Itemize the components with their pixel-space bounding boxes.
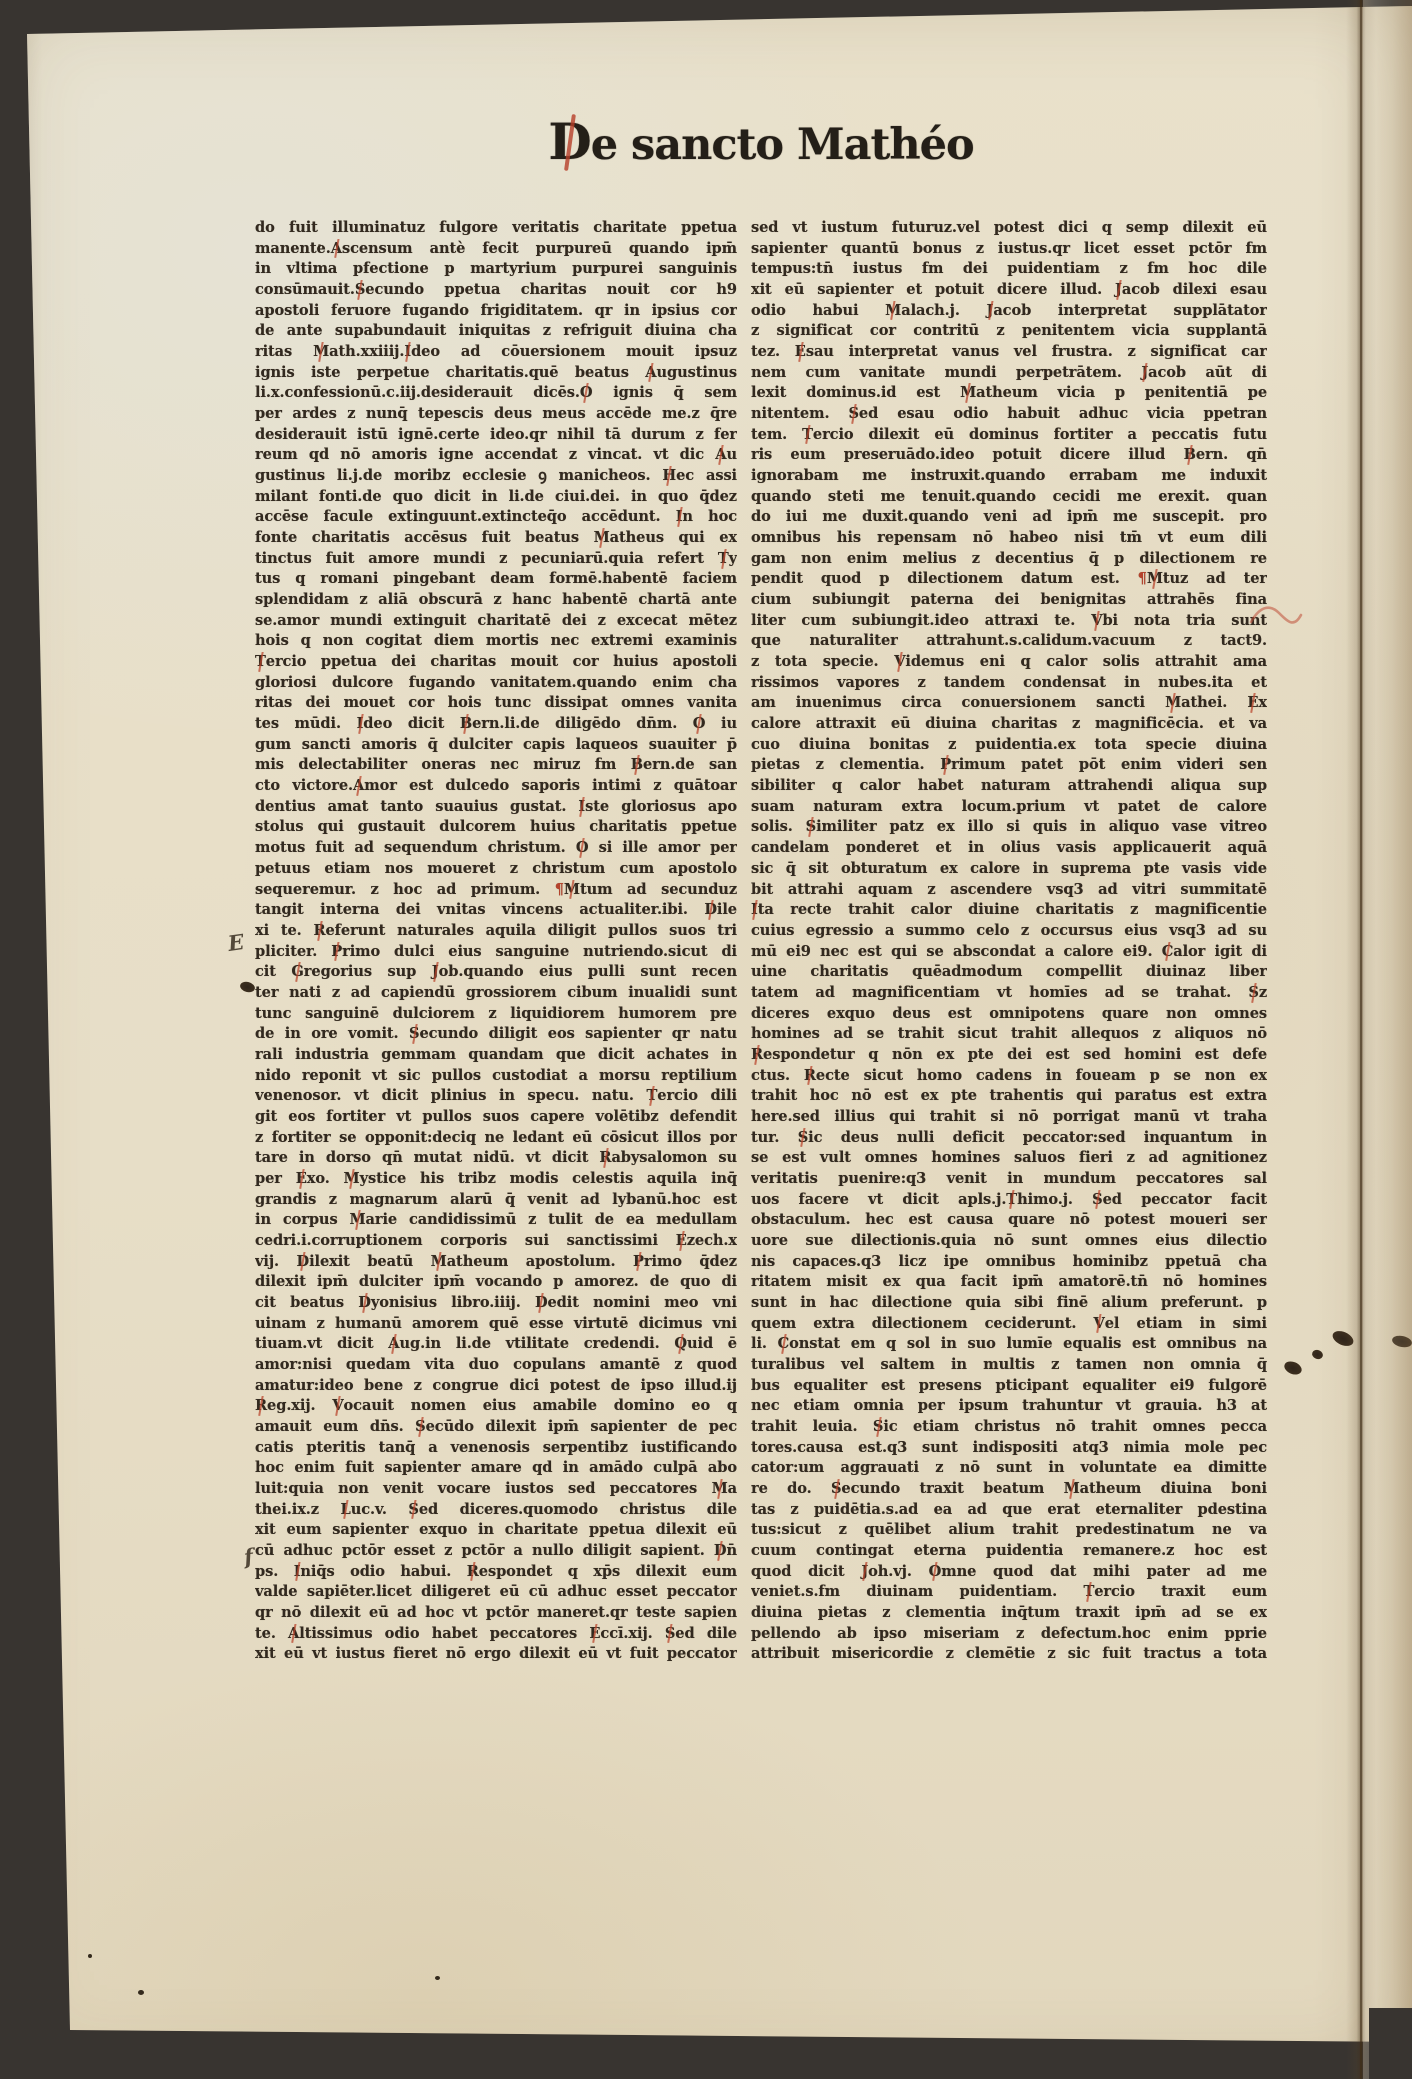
text-line: tur. Sic deus nulli deficit peccator:sed… <box>751 1128 1267 1149</box>
text-line: tatem ad magnificentiam vt homīes ad se … <box>751 983 1267 1004</box>
text-line: accēse facule extinguunt.extincteq̄o acc… <box>255 507 737 528</box>
text-line: amatur:ideo bene z congrue dici potest d… <box>255 1376 737 1397</box>
text-line: de in ore vomit. Secundo diligit eos sap… <box>255 1024 737 1045</box>
text-line: suam naturam extra locum.prium vt patet … <box>751 797 1267 818</box>
text-line: xi te. Referunt naturales aquila diligit… <box>255 921 737 942</box>
text-line: ritas Math.xxiiij.Ideo ad cōuersionem mo… <box>255 342 737 363</box>
text-line: nis capaces.q3 licz ipe omnibus hominibz… <box>751 1252 1267 1273</box>
text-line: lexit dominus.id est Matheum vicia p pen… <box>751 383 1267 404</box>
ink-speck <box>138 1990 144 1995</box>
text-line: Ita recte trahit calor diuine charitatis… <box>751 900 1267 921</box>
text-line: turalibus vel saltem in multis z tamen n… <box>751 1355 1267 1376</box>
text-line: gum sancti amoris q̄ dulciter capis laqu… <box>255 735 737 756</box>
text-line: cuius egressio a summo celo z occursus e… <box>751 921 1267 942</box>
text-line: venenosor. vt dicit plinius in specu. na… <box>255 1086 737 1107</box>
adjacent-page-edge <box>1363 0 1412 2079</box>
text-line: hoc enim fuit sapienter amare qd in amād… <box>255 1458 737 1479</box>
text-line: git eos fortiter vt pullos suos capere v… <box>255 1107 737 1128</box>
text-line: omnibus his repensam nō habeo nisi tm̄ v… <box>751 528 1267 549</box>
text-line: dilexit ipm̄ dulciter ipm̄ vocando p amo… <box>255 1272 737 1293</box>
text-line: cium subiungit paterna dei benignitas at… <box>751 590 1267 611</box>
text-line: que naturaliter attrahunt.s.calidum.vacu… <box>751 631 1267 652</box>
text-line: se.amor mundi extinguit charitatē dei z … <box>255 611 737 632</box>
text-line: reum qd nō amoris igne accendat z vincat… <box>255 445 737 466</box>
page-fold-line <box>1360 0 1362 2079</box>
text-line: pliciter. Primo dulci eius sanguine nutr… <box>255 942 737 963</box>
text-line: gustinus li.j.de moribz ecclesie ꝯ manic… <box>255 466 737 487</box>
text-line: dentius amat tanto suauius gustat. Iste … <box>255 797 737 818</box>
text-line: thei.ix.z Luc.v. Sed diceres.quomodo chr… <box>255 1500 737 1521</box>
text-line: de ante supabundauit iniquitas z refrigu… <box>255 321 737 342</box>
text-line: calore attraxit eū diuina charitas z mag… <box>751 714 1267 735</box>
text-line: pendit quod p dilectionem datum est. ¶Mt… <box>751 569 1267 590</box>
text-line: re do. Secundo traxit beatum Matheum diu… <box>751 1479 1267 1500</box>
text-line: cit Gregorius sup Job.quando eius pulli … <box>255 962 737 983</box>
text-line: quando steti me tenuit.quando cecidi me … <box>751 487 1267 508</box>
text-line: ris eum preseruādo.ideo potuit dicere il… <box>751 445 1267 466</box>
page-title: De sancto Mathéo <box>255 112 1267 171</box>
text-line: Tercio ppetua dei charitas mouit cor hui… <box>255 652 737 673</box>
text-line: tores.causa est.q3 sunt indispositi atq3… <box>751 1438 1267 1459</box>
adjacent-page-bottom-gap <box>1369 2008 1412 2079</box>
text-line: attribuit misericordie z clemētie z sic … <box>751 1644 1267 1665</box>
text-line: z fortiter se opponit:deciq ne ledant eū… <box>255 1128 737 1149</box>
text-line: petuus etiam nos moueret z christum cum … <box>255 859 737 880</box>
ink-speck <box>435 1976 440 1980</box>
text-line: candelam ponderet et in olius vasis appl… <box>751 838 1267 859</box>
text-line: nem cum vanitate mundi perpetrātem. Jaco… <box>751 363 1267 384</box>
text-line: tangit interna dei vnitas vincens actual… <box>255 900 737 921</box>
scan-background: De sancto Mathéo do fuit illuminatuz ful… <box>0 0 1412 2079</box>
text-line: ignorabam me instruxit.quando errabam me… <box>751 466 1267 487</box>
text-line: stolus qui gustauit dulcorem huius chari… <box>255 817 737 838</box>
text-line: milant fonti.de quo dicit in li.de ciui.… <box>255 487 737 508</box>
text-line: per Exo. Mystice his tribz modis celesti… <box>255 1169 737 1190</box>
text-line: xit eum sapienter exquo in charitate ppe… <box>255 1520 737 1541</box>
text-line: bus equaliter est presens pticipant equa… <box>751 1376 1267 1397</box>
text-line: uore sue dilectionis.quia nō sunt omnes … <box>751 1231 1267 1252</box>
text-line: do fuit illuminatuz fulgore veritatis ch… <box>255 218 737 239</box>
margin-annotation-upper: E <box>226 929 245 956</box>
text-line: valde sapiēter.licet diligeret eū cū adh… <box>255 1582 737 1603</box>
text-line: gloriosi dulcore fugando vanitatem.quand… <box>255 673 737 694</box>
text-block: do fuit illuminatuz fulgore veritatis ch… <box>255 218 1267 1666</box>
ink-speck <box>88 1954 92 1958</box>
text-line: veniet.s.fm diuinam puidentiam. Tercio t… <box>751 1582 1267 1603</box>
text-line: nitentem. Sed esau odio habuit adhuc vic… <box>751 404 1267 425</box>
title-text: e sancto Mathéo <box>591 120 974 170</box>
text-line: tes mūdi. Ideo dicit Bern.li.de diligēdo… <box>255 714 737 735</box>
text-line: solis. Similiter patz ex illo si quis in… <box>751 817 1267 838</box>
text-line: do iui me duxit.quando veni ad ipm̄ me s… <box>751 507 1267 528</box>
text-line: cedri.i.corruptionem corporis sui sancti… <box>255 1231 737 1252</box>
red-margin-squiggle <box>1248 598 1304 634</box>
text-line: ter nati z ad capiendū grossiorem cibum … <box>255 983 737 1004</box>
text-line: li. Constat em q sol in suo lumīe equali… <box>751 1334 1267 1355</box>
text-line: mū ei9 nec est qui se abscondat a calore… <box>751 942 1267 963</box>
text-line: tare in dorso qn̄ mutat nidū. vt dicit R… <box>255 1148 737 1169</box>
text-line: cto victore.Amor est dulcedo saporis int… <box>255 776 737 797</box>
text-line: rali industria gemmam quandam que dicit … <box>255 1045 737 1066</box>
text-line: sed vt iustum futuruz.vel potest dici q … <box>751 218 1267 239</box>
text-line: quod dicit Joh.vj. Omne quod dat mihi pa… <box>751 1562 1267 1583</box>
text-line: here.sed illius qui trahit si nō porriga… <box>751 1107 1267 1128</box>
text-line: veritatis puenire:q3 venit in mundum pec… <box>751 1169 1267 1190</box>
ink-speck <box>318 244 321 247</box>
text-line: sunt in hac dilectione quia sibi finē al… <box>751 1293 1267 1314</box>
text-line: uinam z humanū amorem quē esse virtutē d… <box>255 1314 737 1335</box>
text-line: ritas dei mouet cor hois tunc dissipat o… <box>255 693 737 714</box>
text-line: sibiliter q calor habet naturam attrahen… <box>751 776 1267 797</box>
text-line: cuum contingat eterna puidentia remanere… <box>751 1541 1267 1562</box>
text-line: diceres exquo deus est omnipotens quare … <box>751 1004 1267 1025</box>
text-line: Reg.xij. Vocauit nomen eius amabile domi… <box>255 1396 737 1417</box>
text-line: ritatem misit ex qua facit ipm̄ amatorē.… <box>751 1272 1267 1293</box>
text-line: gam non enim melius z decentius q̄ p dil… <box>751 549 1267 570</box>
text-line: consūmauit.Secundo ppetua charitas nouit… <box>255 280 737 301</box>
text-line: cit beatus Dyonisius libro.iiij. Dedit n… <box>255 1293 737 1314</box>
text-line: li.x.confessionū.c.iij.desiderauit dicēs… <box>255 383 737 404</box>
text-line: tempus:tn̄ iustus fm dei puidentiam z fm… <box>751 259 1267 280</box>
text-line: nido reponit vt sic pullos custodiat a m… <box>255 1066 737 1087</box>
text-line: cū adhuc pctōr esset z pctōr a nullo dil… <box>255 1541 737 1562</box>
text-line: fonte charitatis accēsus fuit beatus Mat… <box>255 528 737 549</box>
text-line: cator:um aggrauati z nō sunt in voluntat… <box>751 1458 1267 1479</box>
text-line: z tota specie. Videmus eni q calor solis… <box>751 652 1267 673</box>
text-line: sequeremur. z hoc ad primum. ¶Mtum ad se… <box>255 880 737 901</box>
text-line: hois q non cogitat diem mortis nec extre… <box>255 631 737 652</box>
text-line: tez. Esau interpretat vanus vel frustra.… <box>751 342 1267 363</box>
text-line: te. Altissimus odio habet peccatores Ecc… <box>255 1624 737 1645</box>
text-line: uos facere vt dicit apls.j.Thimo.j. Sed … <box>751 1190 1267 1211</box>
text-line: per ardes z nunq̄ tepescis deus meus acc… <box>255 404 737 425</box>
text-line: diuina pietas z clementia inq̄tum traxit… <box>751 1603 1267 1624</box>
text-line: homines ad se trahit sicut trahit allequ… <box>751 1024 1267 1045</box>
text-line: sic q̄ sit obturatum ex calore in suprem… <box>751 859 1267 880</box>
text-line: vij. Dilexit beatū Matheum apostolum. Pr… <box>255 1252 737 1273</box>
text-line: manente.Ascensum antè fecit purpureū qua… <box>255 239 737 260</box>
text-line: cuo diuina bonitas z puidentia.ex tota s… <box>751 735 1267 756</box>
text-line: splendidam z aliā obscurā z hanc habentē… <box>255 590 737 611</box>
text-line: in vltima pfectione p martyrium purpurei… <box>255 259 737 280</box>
text-line: quem extra dilectionem ceciderunt. Vel e… <box>751 1314 1267 1335</box>
text-line: uine charitatis quēadmodum compellit diu… <box>751 962 1267 983</box>
text-line: catis pteritis tanq̄ a venenosis serpent… <box>255 1438 737 1459</box>
text-line: tus q romani pingebant deam formē.habent… <box>255 569 737 590</box>
text-line: tus:sicut z quēlibet alium trahit predes… <box>751 1520 1267 1541</box>
text-line: ignis iste perpetue charitatis.quē beatu… <box>255 363 737 384</box>
text-line: sapienter quantū bonus z iustus.qr licet… <box>751 239 1267 260</box>
text-column-left: do fuit illuminatuz fulgore veritatis ch… <box>255 218 737 1666</box>
text-line: rissimos vapores z tandem condensat in n… <box>751 673 1267 694</box>
text-line: ps. Iniq̄s odio habui. Respondet q xp̄s … <box>255 1562 737 1583</box>
text-line: xit eū vt iustus fieret nō ergo dilexit … <box>255 1644 737 1665</box>
text-line: odio habui Malach.j. Jacob interpretat s… <box>751 301 1267 322</box>
text-line: qr nō dilexit eū ad hoc vt pctōr maneret… <box>255 1603 737 1624</box>
text-line: am inuenimus circa conuersionem sancti M… <box>751 693 1267 714</box>
text-line: in corpus Marie candidissimū z tulit de … <box>255 1210 737 1231</box>
text-line: apostoli feruore fugando frigiditatem. q… <box>255 301 737 322</box>
text-line: tas z puidētia.s.ad ea ad que erat etern… <box>751 1500 1267 1521</box>
text-line: trahit leuia. Sic etiam christus nō trah… <box>751 1417 1267 1438</box>
text-line: nec etiam omnia per ipsum trahuntur vt g… <box>751 1396 1267 1417</box>
text-line: amauit eum dn̄s. Secūdo dilexit ipm̄ sap… <box>255 1417 737 1438</box>
text-column-right: sed vt iustum futuruz.vel potest dici q … <box>751 218 1267 1666</box>
text-line: obstaculum. hec est causa quare nō potes… <box>751 1210 1267 1231</box>
text-line: luit:quia non venit vocare iustos sed pe… <box>255 1479 737 1500</box>
text-line: liter cum subiungit.ideo attraxi te. Vbi… <box>751 611 1267 632</box>
text-line: tunc sanguinē dulciorem z liquidiorem hu… <box>255 1004 737 1025</box>
text-line: grandis z magnarum alarū q̄ venit ad lyb… <box>255 1190 737 1211</box>
text-line: bit attrahi aquam z ascendere vsq3 ad vi… <box>751 880 1267 901</box>
text-line: mis delectabiliter oneras nec miruz fm B… <box>255 755 737 776</box>
text-line: pellendo ab ipso miseriam z defectum.hoc… <box>751 1624 1267 1645</box>
text-line: ctus. Recte sicut homo cadens in foueam … <box>751 1066 1267 1087</box>
text-line: tem. Tercio dilexit eū dominus fortiter … <box>751 425 1267 446</box>
text-line: pietas z clementia. Primum patet pōt eni… <box>751 755 1267 776</box>
text-line: tiuam.vt dicit Aug.in li.de vtilitate cr… <box>255 1334 737 1355</box>
title-rubricated-initial: D <box>548 112 590 171</box>
text-line: z significat cor contritū z penitentem v… <box>751 321 1267 342</box>
text-line: xit eū sapienter et potuit dicere illud.… <box>751 280 1267 301</box>
text-line: se est vult omnes homines saluos fieri z… <box>751 1148 1267 1169</box>
text-line: desiderauit istū ignē.certe ideo.qr nihi… <box>255 425 737 446</box>
text-line: trahit hoc nō est ex pte trahentis qui p… <box>751 1086 1267 1107</box>
text-line: Respondetur q nōn ex pte dei est sed hom… <box>751 1045 1267 1066</box>
text-line: amor:nisi quedam vita duo copulans amant… <box>255 1355 737 1376</box>
text-line: tinctus fuit amore mundi z pecuniarū.qui… <box>255 549 737 570</box>
text-line: motus fuit ad sequendum christum. O si i… <box>255 838 737 859</box>
